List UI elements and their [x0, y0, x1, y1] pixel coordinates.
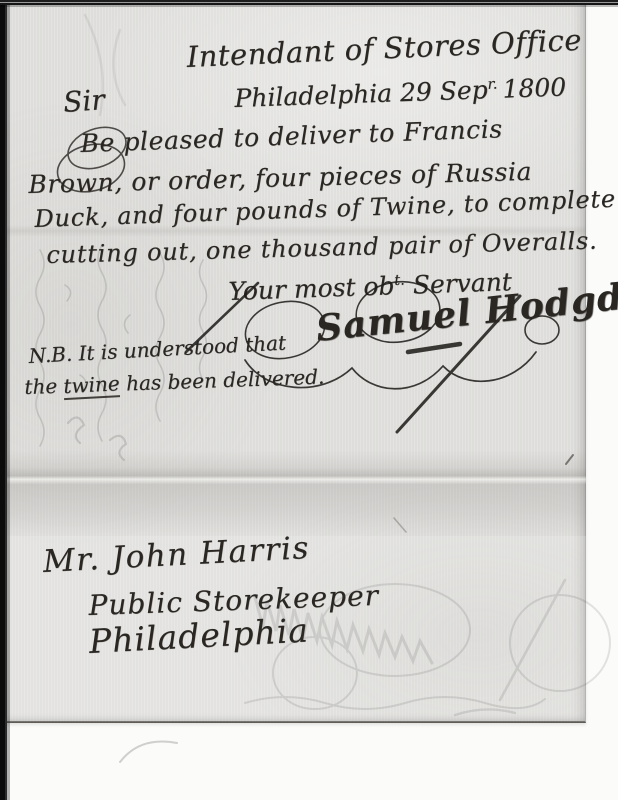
date-superscript: r.: [487, 76, 498, 92]
stray-ink-marks: [390, 420, 580, 535]
salutation: Sir: [62, 83, 106, 119]
postscript-text: the: [24, 374, 64, 399]
pencil-mark-bottom: [115, 730, 185, 770]
bleed-through-bottom-right: [245, 555, 590, 730]
scanned-letter-page: Intendant of Stores Office Philadelphia …: [0, 0, 618, 800]
scan-edge-top: [0, 0, 618, 7]
date-year: 1800: [502, 72, 567, 103]
postscript-underlined-word: twine: [63, 371, 121, 400]
scan-edge-left: [0, 0, 10, 800]
